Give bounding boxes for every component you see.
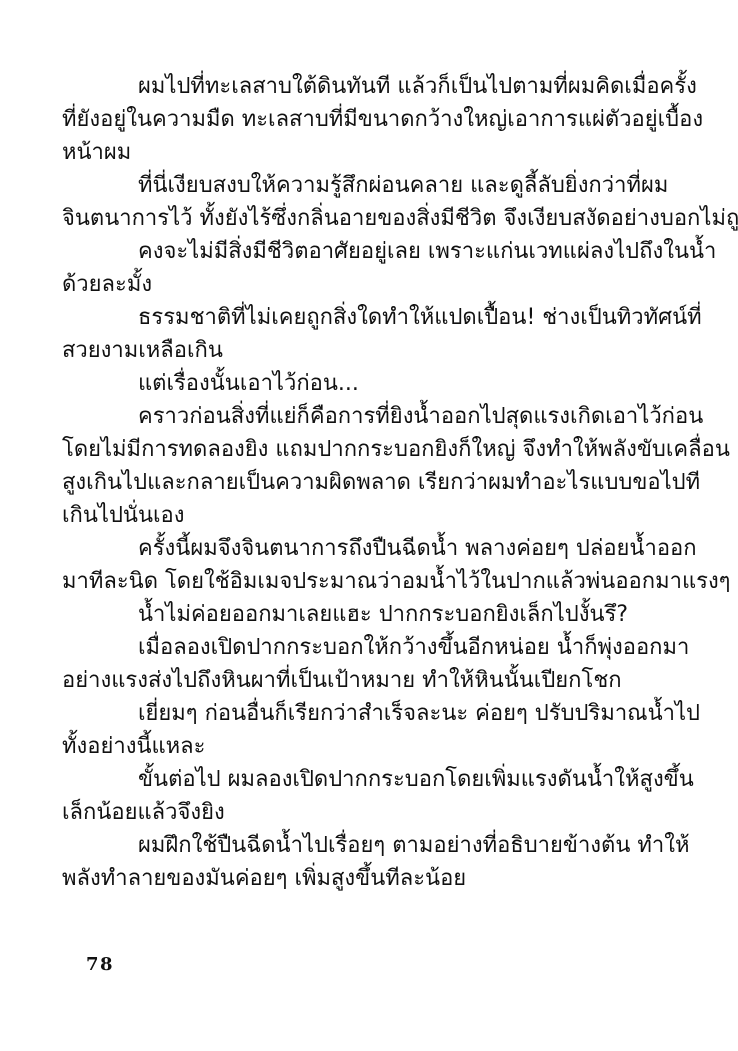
paragraph: น้ำไม่ค่อยออกมาเลยแฮะ ปากกระบอกยิงเล็กไป… (62, 598, 684, 631)
text-line: ผมไปที่ทะเลสาบใต้ดินทันที แล้วก็เป็นไปตา… (62, 70, 684, 103)
text-line: จินตนาการไว้ ทั้งยังไร้ซึ่งกลิ่นอายของสิ… (62, 202, 684, 235)
text-line: แต่เรื่องนั้นเอาไว้ก่อน... (62, 367, 684, 400)
text-line: น้ำไม่ค่อยออกมาเลยแฮะ ปากกระบอกยิงเล็กไป… (62, 598, 684, 631)
text-line: อย่างแรงส่งไปถึงหินผาที่เป็นเป้าหมาย ทำใ… (62, 664, 684, 697)
paragraph: ครั้งนี้ผมจึงจินตนาการถึงปืนฉีดน้ำ พลางค… (62, 532, 684, 598)
paragraph: แต่เรื่องนั้นเอาไว้ก่อน... (62, 367, 684, 400)
text-line: คงจะไม่มีสิ่งมีชีวิตอาศัยอยู่เลย เพราะแก… (62, 235, 684, 268)
text-line: สวยงามเหลือเกิน (62, 334, 684, 367)
paragraph: เยี่ยมๆ ก่อนอื่นก็เรียกว่าสำเร็จละนะ ค่อ… (62, 697, 684, 763)
paragraph: ผมฝึกใช้ปืนฉีดน้ำไปเรื่อยๆ ตามอย่างที่อธ… (62, 829, 684, 895)
paragraph: คราวก่อนสิ่งที่แย่ก็คือการที่ยิงน้ำออกไป… (62, 400, 684, 532)
text-line: ธรรมชาติที่ไม่เคยถูกสิ่งใดทำให้แปดเปื้อน… (62, 301, 684, 334)
text-line: ด้วยละมั้ง (62, 268, 684, 301)
text-line: เมื่อลองเปิดปากกระบอกให้กว้างขึ้นอีกหน่อ… (62, 631, 684, 664)
text-line: ทั้งอย่างนี้แหละ (62, 730, 684, 763)
text-line: มาทีละนิด โดยใช้อิมเมจประมาณว่าอมน้ำไว้ใ… (62, 565, 684, 598)
text-line: คราวก่อนสิ่งที่แย่ก็คือการที่ยิงน้ำออกไป… (62, 400, 684, 433)
paragraph: คงจะไม่มีสิ่งมีชีวิตอาศัยอยู่เลย เพราะแก… (62, 235, 684, 301)
book-page: ผมไปที่ทะเลสาบใต้ดินทันที แล้วก็เป็นไปตา… (0, 0, 738, 1051)
text-line: ครั้งนี้ผมจึงจินตนาการถึงปืนฉีดน้ำ พลางค… (62, 532, 684, 565)
text-line: ที่นี่เงียบสงบให้ความรู้สึกผ่อนคลาย และด… (62, 169, 684, 202)
paragraph: ที่นี่เงียบสงบให้ความรู้สึกผ่อนคลาย และด… (62, 169, 684, 235)
text-line: เล็กน้อยแล้วจึงยิง (62, 796, 684, 829)
paragraph: เมื่อลองเปิดปากกระบอกให้กว้างขึ้นอีกหน่อ… (62, 631, 684, 697)
text-line: เกินไปนั่นเอง (62, 499, 684, 532)
text-line: พลังทำลายของมันค่อยๆ เพิ่มสูงขึ้นทีละน้อ… (62, 862, 684, 895)
text-line: ที่ยังอยู่ในความมืด ทะเลสาบที่มีขนาดกว้า… (62, 103, 684, 136)
paragraph: ธรรมชาติที่ไม่เคยถูกสิ่งใดทำให้แปดเปื้อน… (62, 301, 684, 367)
text-line: สูงเกินไปและกลายเป็นความผิดพลาด เรียกว่า… (62, 466, 684, 499)
page-number: 78 (86, 954, 114, 975)
text-line: หน้าผม (62, 136, 684, 169)
text-line: ขั้นต่อไป ผมลองเปิดปากกระบอกโดยเพิ่มแรงด… (62, 763, 684, 796)
text-line: ผมฝึกใช้ปืนฉีดน้ำไปเรื่อยๆ ตามอย่างที่อธ… (62, 829, 684, 862)
paragraph: ขั้นต่อไป ผมลองเปิดปากกระบอกโดยเพิ่มแรงด… (62, 763, 684, 829)
text-line: เยี่ยมๆ ก่อนอื่นก็เรียกว่าสำเร็จละนะ ค่อ… (62, 697, 684, 730)
body-text-block: ผมไปที่ทะเลสาบใต้ดินทันที แล้วก็เป็นไปตา… (62, 70, 684, 895)
text-line: โดยไม่มีการทดลองยิง แถมปากกระบอกยิงก็ใหญ… (62, 433, 684, 466)
paragraph: ผมไปที่ทะเลสาบใต้ดินทันที แล้วก็เป็นไปตา… (62, 70, 684, 169)
